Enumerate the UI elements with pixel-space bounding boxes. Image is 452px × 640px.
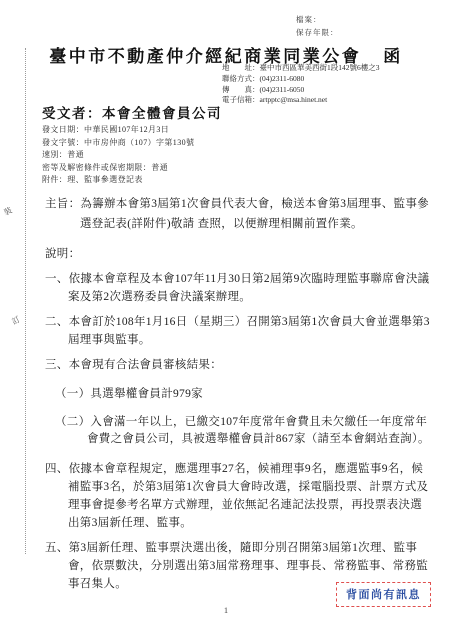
subitem-number: （一） xyxy=(55,388,90,400)
subject-paragraph: 主旨：為籌辦本會第3屆第1次會員代表大會，檢送本會第3屆理事、監事參選登記表(詳… xyxy=(45,194,432,234)
email-line: 電子信箱：artpptc@msa.hinet.net xyxy=(222,95,380,106)
item-text: 依據本會章程及本會107年11月30日第2屆第9次臨時理監事聯席會決議案及第2次… xyxy=(68,273,429,303)
subject-label: 主旨： xyxy=(45,198,80,210)
binding-mark-ding: 訂 xyxy=(10,314,22,327)
list-item: 四、依據本會章程規定，應選理事27名，候補理事9名，應選監事9名，候補監事3名，… xyxy=(45,460,432,532)
item-number: 四、 xyxy=(45,463,69,475)
priority-line: 速別：普通 xyxy=(42,149,194,162)
contact-block: 地 址：臺中市西區華美西街1段142號6樓之3 聯絡方式：(04)2311-60… xyxy=(222,63,380,106)
security-line: 密等及解密條件或保密期限：普通 xyxy=(42,162,194,175)
file-label: 檔案： xyxy=(296,13,339,26)
item-number: 五、 xyxy=(45,542,69,554)
list-item: 一、依據本會章程及本會107年11月30日第2屆第9次臨時理監事聯席會決議案及第… xyxy=(45,270,432,306)
phone-line: 聯絡方式：(04)2311-6080 xyxy=(222,74,380,85)
subject-text: 為籌辦本會第3屆第1次會員代表大會，檢送本會第3屆理事、監事參選登記表(詳附件)… xyxy=(80,198,429,230)
issue-date-line: 發文日期：中華民國107年12月3日 xyxy=(42,124,194,137)
doc-number-line: 發文字號：中市房仲商（107）字第130號 xyxy=(42,137,194,150)
item-text: 依據本會章程規定，應選理事27名，候補理事9名，應選監事9名，候補監事3名，於第… xyxy=(68,463,428,529)
item-number: 一、 xyxy=(45,273,69,285)
fax-line: 傳 真：(04)2311-6050 xyxy=(222,85,380,96)
archive-labels: 檔案： 保存年限： xyxy=(296,13,339,39)
list-item: 二、本會訂於108年1月16日（星期三）召開第3屆第1次會員大會並選舉第3屆理事… xyxy=(45,313,432,349)
back-side-notice-stamp: 背面尚有訊息 xyxy=(336,582,431,607)
recipient-line: 受文者：本會全體會員公司 xyxy=(42,102,222,122)
binding-dotted-line xyxy=(25,48,26,554)
meta-block: 發文日期：中華民國107年12月3日 發文字號：中市房仲商（107）字第130號… xyxy=(42,124,194,187)
sub-list-item: （一）具選舉權會員計979家 xyxy=(55,386,432,403)
item-number: 二、 xyxy=(45,316,69,328)
retention-label: 保存年限： xyxy=(296,26,339,39)
sub-list-item: （二）入會滿一年以上，已繳交107年度常年會費且未欠繳任一年度常年會費之會員公司… xyxy=(55,414,432,448)
document-body: 主旨：為籌辦本會第3屆第1次會員代表大會，檢送本會第3屆理事、監事參選登記表(詳… xyxy=(45,194,432,600)
subitem-text: 具選舉權會員計979家 xyxy=(90,388,203,400)
item-text: 本會現有合法會員審核結果： xyxy=(69,359,222,371)
subitem-number: （二） xyxy=(55,416,90,428)
item-text: 本會訂於108年1月16日（星期三）召開第3屆第1次會員大會並選舉第3屆理事與監… xyxy=(68,316,430,346)
document-page: 檔案： 保存年限： 臺中市不動產仲介經紀商業同業公會函 地 址：臺中市西區華美西… xyxy=(0,0,452,640)
subitem-text: 入會滿一年以上，已繳交107年度常年會費且未欠繳任一年度常年會費之會員公司，具被… xyxy=(87,416,430,445)
item-number: 三、 xyxy=(45,359,69,371)
doc-type: 函 xyxy=(383,47,403,66)
attachment-line: 附件：理、監事參選登記表 xyxy=(42,174,194,187)
explanation-label: 說明： xyxy=(45,245,432,263)
page-number: 1 xyxy=(0,605,452,615)
binding-mark-zhuang: 裝 xyxy=(2,205,14,218)
list-item: 三、本會現有合法會員審核結果： xyxy=(45,356,432,374)
sub-item-group: （一）具選舉權會員計979家 （二）入會滿一年以上，已繳交107年度常年會費且未… xyxy=(45,386,432,449)
address-line: 地 址：臺中市西區華美西街1段142號6樓之3 xyxy=(222,63,380,74)
